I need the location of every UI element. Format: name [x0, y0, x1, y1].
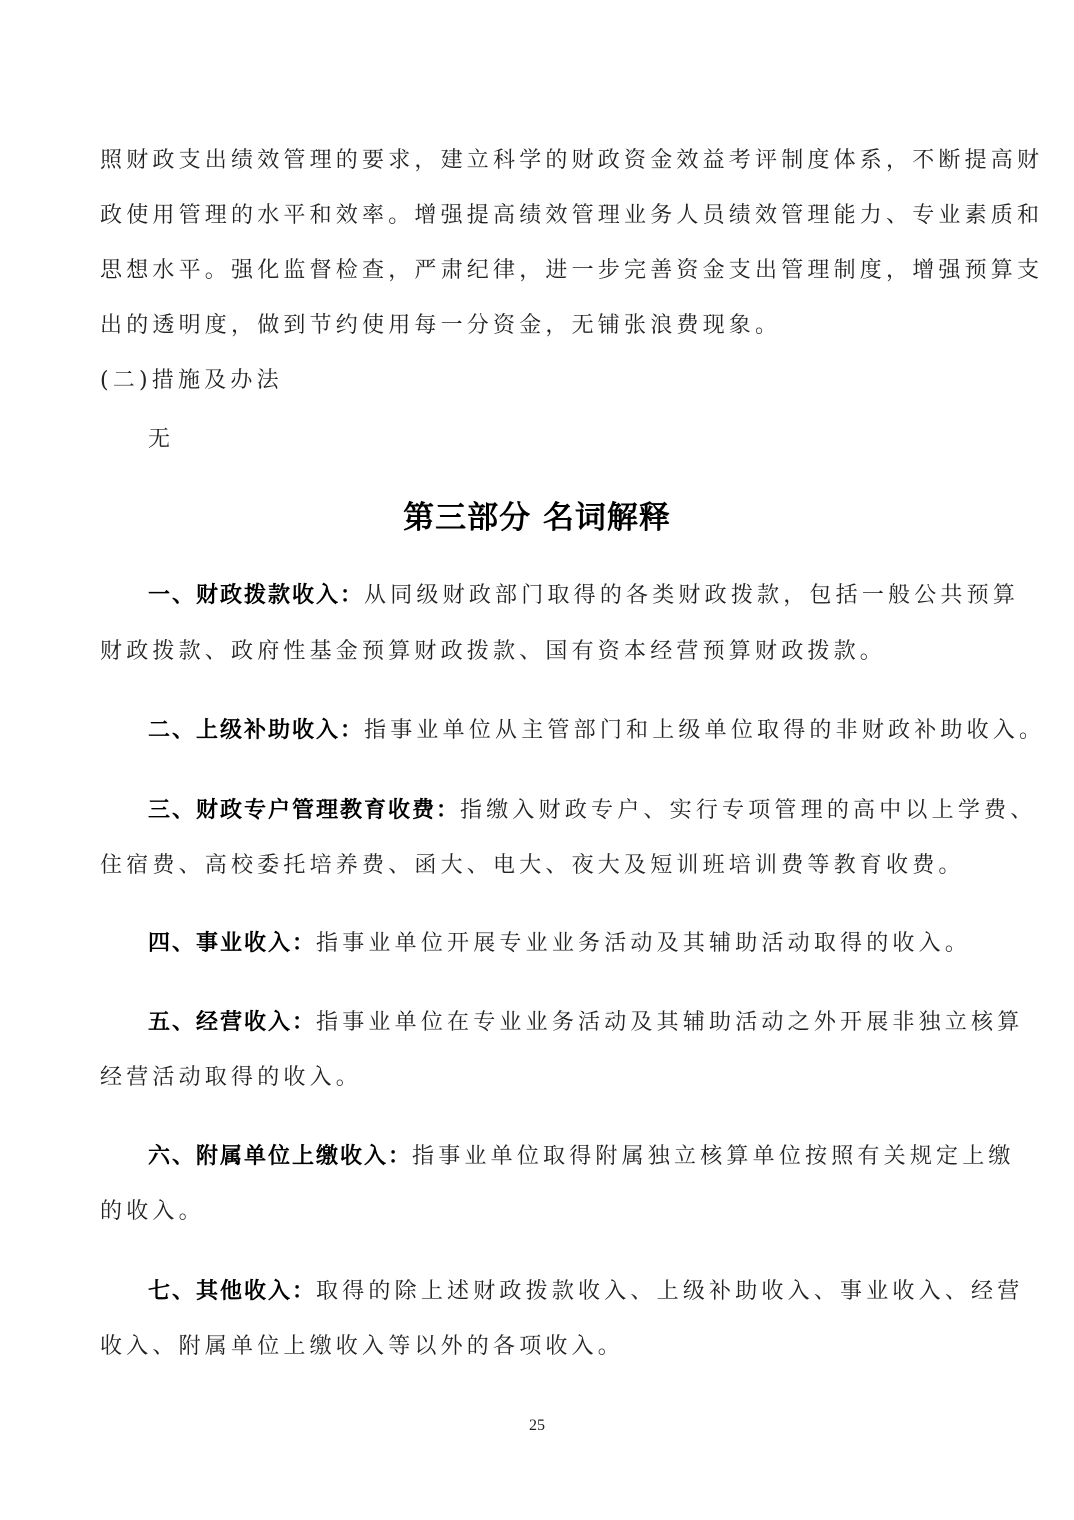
definition-item: 六、附属单位上缴收入：指事业单位取得附属独立核算单位按照有关规定上缴	[148, 1141, 1028, 1172]
definition-text: 指事业单位开展专业业务活动及其辅助活动取得的收入。	[316, 931, 971, 956]
definition-continuation: 住宿费、高校委托培养费、函大、电大、夜大及短训班培训费等教育收费。	[100, 851, 980, 881]
definition-text: 从同级财政部门取得的各类财政拨款，包括一般公共预算	[364, 583, 1019, 608]
definition-term: 四、事业收入：	[148, 930, 316, 956]
definition-term: 一、财政拨款收入：	[148, 582, 364, 608]
definition-term: 六、附属单位上缴收入：	[148, 1143, 412, 1169]
definition-continuation: 收入、附属单位上缴收入等以外的各项收入。	[100, 1332, 980, 1362]
definition-term: 三、财政专户管理教育收费：	[148, 797, 460, 823]
definition-text: 指事业单位取得附属独立核算单位按照有关规定上缴	[412, 1144, 1015, 1169]
definition-item: 一、财政拨款收入：从同级财政部门取得的各类财政拨款，包括一般公共预算	[148, 580, 1028, 611]
definition-item: 四、事业收入：指事业单位开展专业业务活动及其辅助活动取得的收入。	[148, 928, 1028, 959]
page-number: 25	[0, 1417, 1074, 1435]
definition-continuation: 经营活动取得的收入。	[100, 1063, 980, 1093]
subheading-body: 无	[148, 425, 1028, 455]
definition-item: 二、上级补助收入：指事业单位从主管部门和上级单位取得的非财政补助收入。	[148, 715, 1028, 746]
body-line: 政使用管理的水平和效率。增强提高绩效管理业务人员绩效管理能力、专业素质和	[100, 201, 980, 231]
definition-text: 指事业单位从主管部门和上级单位取得的非财政补助收入。	[364, 718, 1045, 743]
definition-text: 取得的除上述财政拨款收入、上级补助收入、事业收入、经营	[316, 1279, 1023, 1304]
definition-text: 指缴入财政专户、实行专项管理的高中以上学费、	[460, 798, 1036, 823]
body-line: 出的透明度，做到节约使用每一分资金，无铺张浪费现象。	[100, 311, 980, 341]
definition-item: 七、其他收入：取得的除上述财政拨款收入、上级补助收入、事业收入、经营	[148, 1276, 1028, 1307]
definition-continuation: 财政拨款、政府性基金预算财政拨款、国有资本经营预算财政拨款。	[100, 637, 980, 667]
definition-item: 三、财政专户管理教育收费：指缴入财政专户、实行专项管理的高中以上学费、	[148, 795, 1028, 826]
part-title: 第三部分 名词解释	[0, 498, 1074, 538]
body-line: 思想水平。强化监督检查，严肃纪律，进一步完善资金支出管理制度，增强预算支	[100, 256, 980, 286]
document-page: 照财政支出绩效管理的要求，建立科学的财政资金效益考评制度体系，不断提高财 政使用…	[0, 0, 1074, 1520]
definition-continuation: 的收入。	[100, 1197, 980, 1227]
definition-text: 指事业单位在专业业务活动及其辅助活动之外开展非独立核算	[316, 1010, 1023, 1035]
definition-term: 七、其他收入：	[148, 1278, 316, 1304]
definition-item: 五、经营收入：指事业单位在专业业务活动及其辅助活动之外开展非独立核算	[148, 1007, 1028, 1038]
definition-term: 五、经营收入：	[148, 1009, 316, 1035]
definition-term: 二、上级补助收入：	[148, 717, 364, 743]
body-line: 照财政支出绩效管理的要求，建立科学的财政资金效益考评制度体系，不断提高财	[100, 146, 980, 176]
subheading: (二)措施及办法	[100, 366, 980, 396]
